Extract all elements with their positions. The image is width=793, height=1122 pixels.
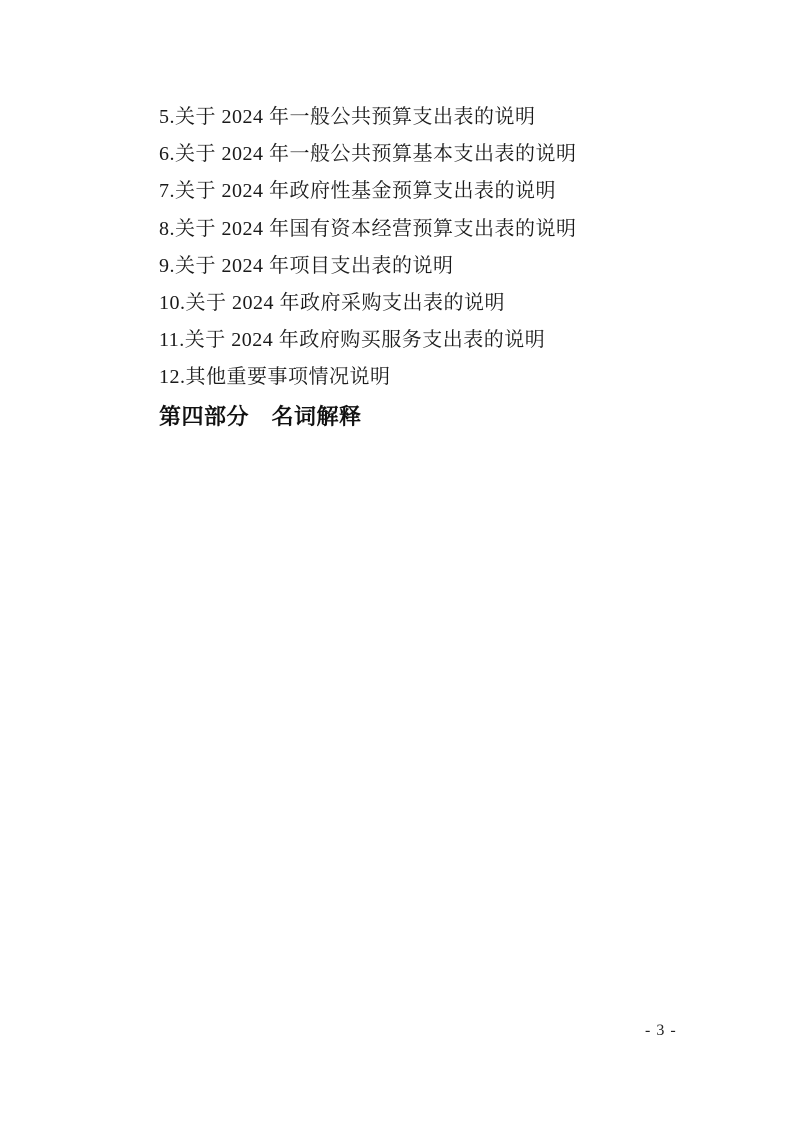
table-of-contents: 5.关于 2024 年一般公共预算支出表的说明 6.关于 2024 年一般公共预… (159, 99, 679, 437)
toc-item: 9.关于 2024 年项目支出表的说明 (159, 248, 679, 285)
document-page: 5.关于 2024 年一般公共预算支出表的说明 6.关于 2024 年一般公共预… (0, 0, 793, 1122)
toc-item: 6.关于 2024 年一般公共预算基本支出表的说明 (159, 136, 679, 173)
toc-item: 8.关于 2024 年国有资本经营预算支出表的说明 (159, 211, 679, 248)
section-heading: 第四部分 名词解释 (159, 397, 679, 437)
toc-item: 7.关于 2024 年政府性基金预算支出表的说明 (159, 173, 679, 210)
toc-item: 10.关于 2024 年政府采购支出表的说明 (159, 285, 679, 322)
toc-item: 11.关于 2024 年政府购买服务支出表的说明 (159, 322, 679, 359)
toc-item: 12.其他重要事项情况说明 (159, 359, 679, 396)
toc-item: 5.关于 2024 年一般公共预算支出表的说明 (159, 99, 679, 136)
page-number: - 3 - (645, 1021, 677, 1041)
